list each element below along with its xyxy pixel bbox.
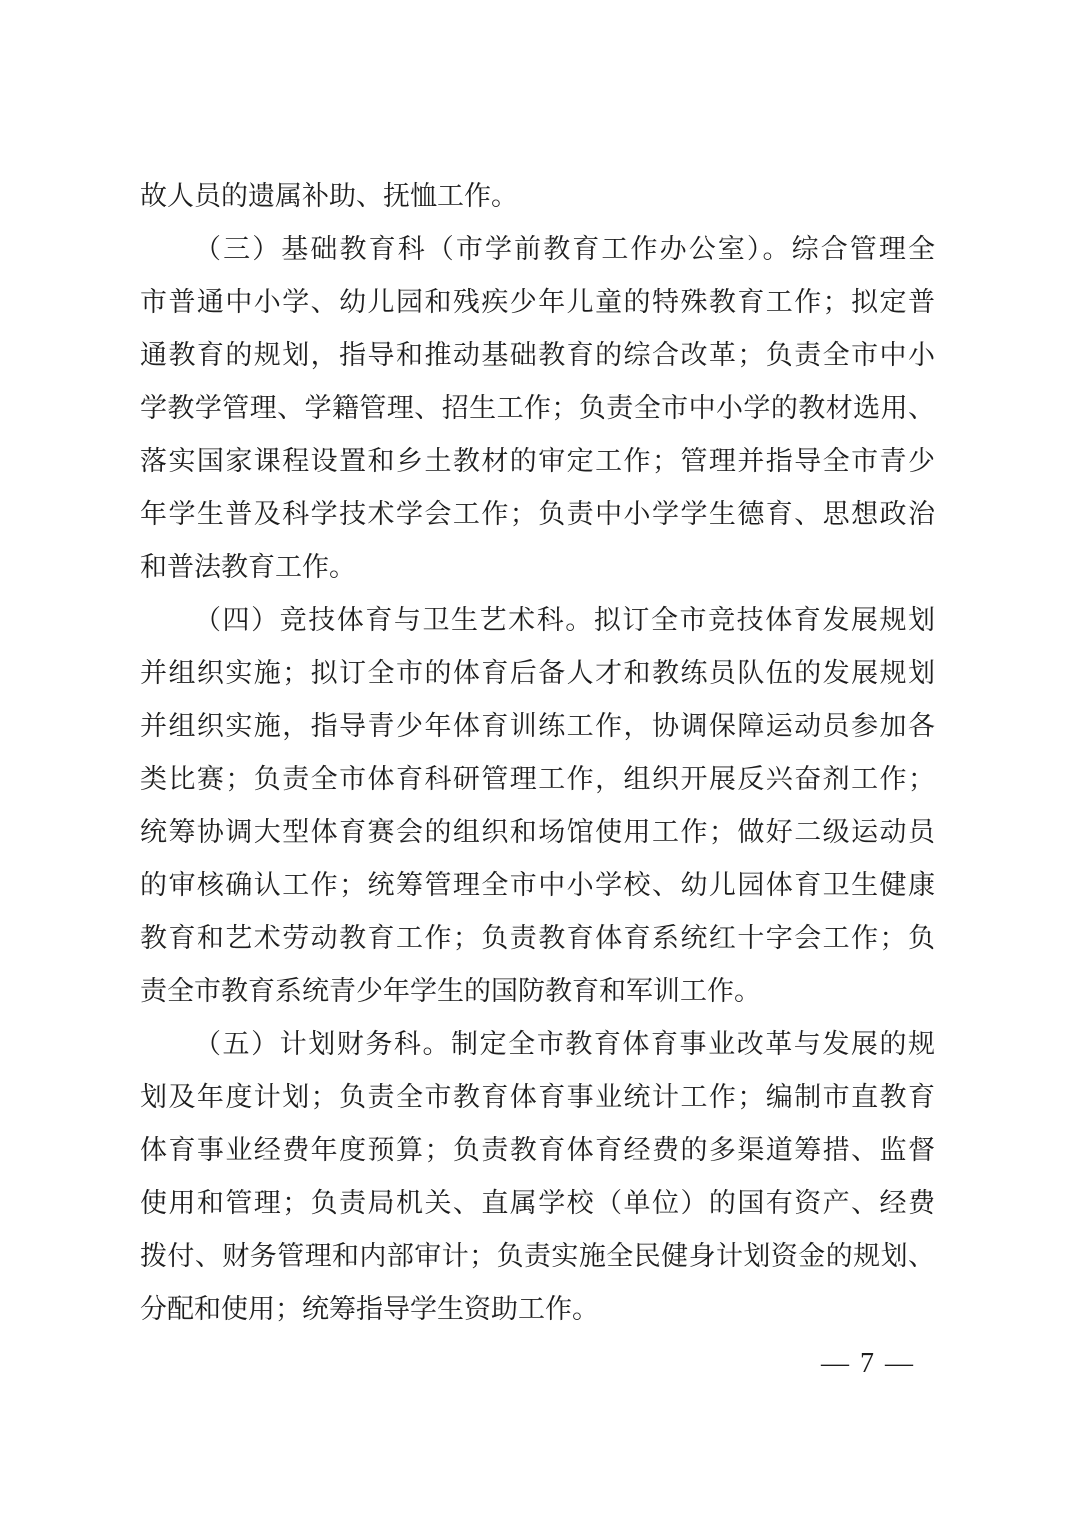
text-line: 和普法教育工作。 — [140, 541, 935, 594]
paragraph: （四）竞技体育与卫生艺术科。拟订全市竞技体育发展规划并组织实施；拟订全市的体育后… — [140, 594, 935, 1018]
text-line: （五）计划财务科。制定全市教育体育事业改革与发展的规 — [140, 1018, 935, 1071]
text-line: （四）竞技体育与卫生艺术科。拟订全市竞技体育发展规划 — [140, 594, 935, 647]
text-line: 学教学管理、学籍管理、招生工作；负责全市中小学的教材选用、 — [140, 382, 935, 435]
text-line: 分配和使用；统筹指导学生资助工作。 — [140, 1283, 935, 1336]
text-line: 拨付、财务管理和内部审计；负责实施全民健身计划资金的规划、 — [140, 1230, 935, 1283]
text-line: 的审核确认工作；统筹管理全市中小学校、幼儿园体育卫生健康 — [140, 859, 935, 912]
text-line: 年学生普及科学技术学会工作；负责中小学学生德育、思想政治 — [140, 488, 935, 541]
paragraph: （五）计划财务科。制定全市教育体育事业改革与发展的规划及年度计划；负责全市教育体… — [140, 1018, 935, 1336]
paragraph: 故人员的遗属补助、抚恤工作。 — [140, 170, 935, 223]
text-line: 并组织实施；拟订全市的体育后备人才和教练员队伍的发展规划 — [140, 647, 935, 700]
document-page: { "page": { "number_label": "— 7 —" }, "… — [0, 0, 1074, 1520]
text-line: （三）基础教育科（市学前教育工作办公室）。综合管理全 — [140, 223, 935, 276]
text-line: 划及年度计划；负责全市教育体育事业统计工作；编制市直教育 — [140, 1071, 935, 1124]
text-line: 体育事业经费年度预算；负责教育体育经费的多渠道筹措、监督 — [140, 1124, 935, 1177]
text-line: 落实国家课程设置和乡土教材的审定工作；管理并指导全市青少 — [140, 435, 935, 488]
text-line: 责全市教育系统青少年学生的国防教育和军训工作。 — [140, 965, 935, 1018]
page-footer: — 7 — — [140, 1346, 935, 1382]
document-body: 故人员的遗属补助、抚恤工作。（三）基础教育科（市学前教育工作办公室）。综合管理全… — [140, 170, 935, 1336]
text-line: 市普通中小学、幼儿园和残疾少年儿童的特殊教育工作；拟定普 — [140, 276, 935, 329]
text-line: 故人员的遗属补助、抚恤工作。 — [140, 170, 935, 223]
text-line: 教育和艺术劳动教育工作；负责教育体育系统红十字会工作；负 — [140, 912, 935, 965]
paragraph: （三）基础教育科（市学前教育工作办公室）。综合管理全市普通中小学、幼儿园和残疾少… — [140, 223, 935, 594]
text-line: 类比赛；负责全市体育科研管理工作，组织开展反兴奋剂工作； — [140, 753, 935, 806]
text-line: 使用和管理；负责局机关、直属学校（单位）的国有资产、经费 — [140, 1177, 935, 1230]
page-number: — 7 — — [821, 1348, 915, 1379]
text-line: 并组织实施，指导青少年体育训练工作，协调保障运动员参加各 — [140, 700, 935, 753]
text-line: 通教育的规划，指导和推动基础教育的综合改革；负责全市中小 — [140, 329, 935, 382]
text-line: 统筹协调大型体育赛会的组织和场馆使用工作；做好二级运动员 — [140, 806, 935, 859]
page: 故人员的遗属补助、抚恤工作。（三）基础教育科（市学前教育工作办公室）。综合管理全… — [0, 0, 1074, 1520]
